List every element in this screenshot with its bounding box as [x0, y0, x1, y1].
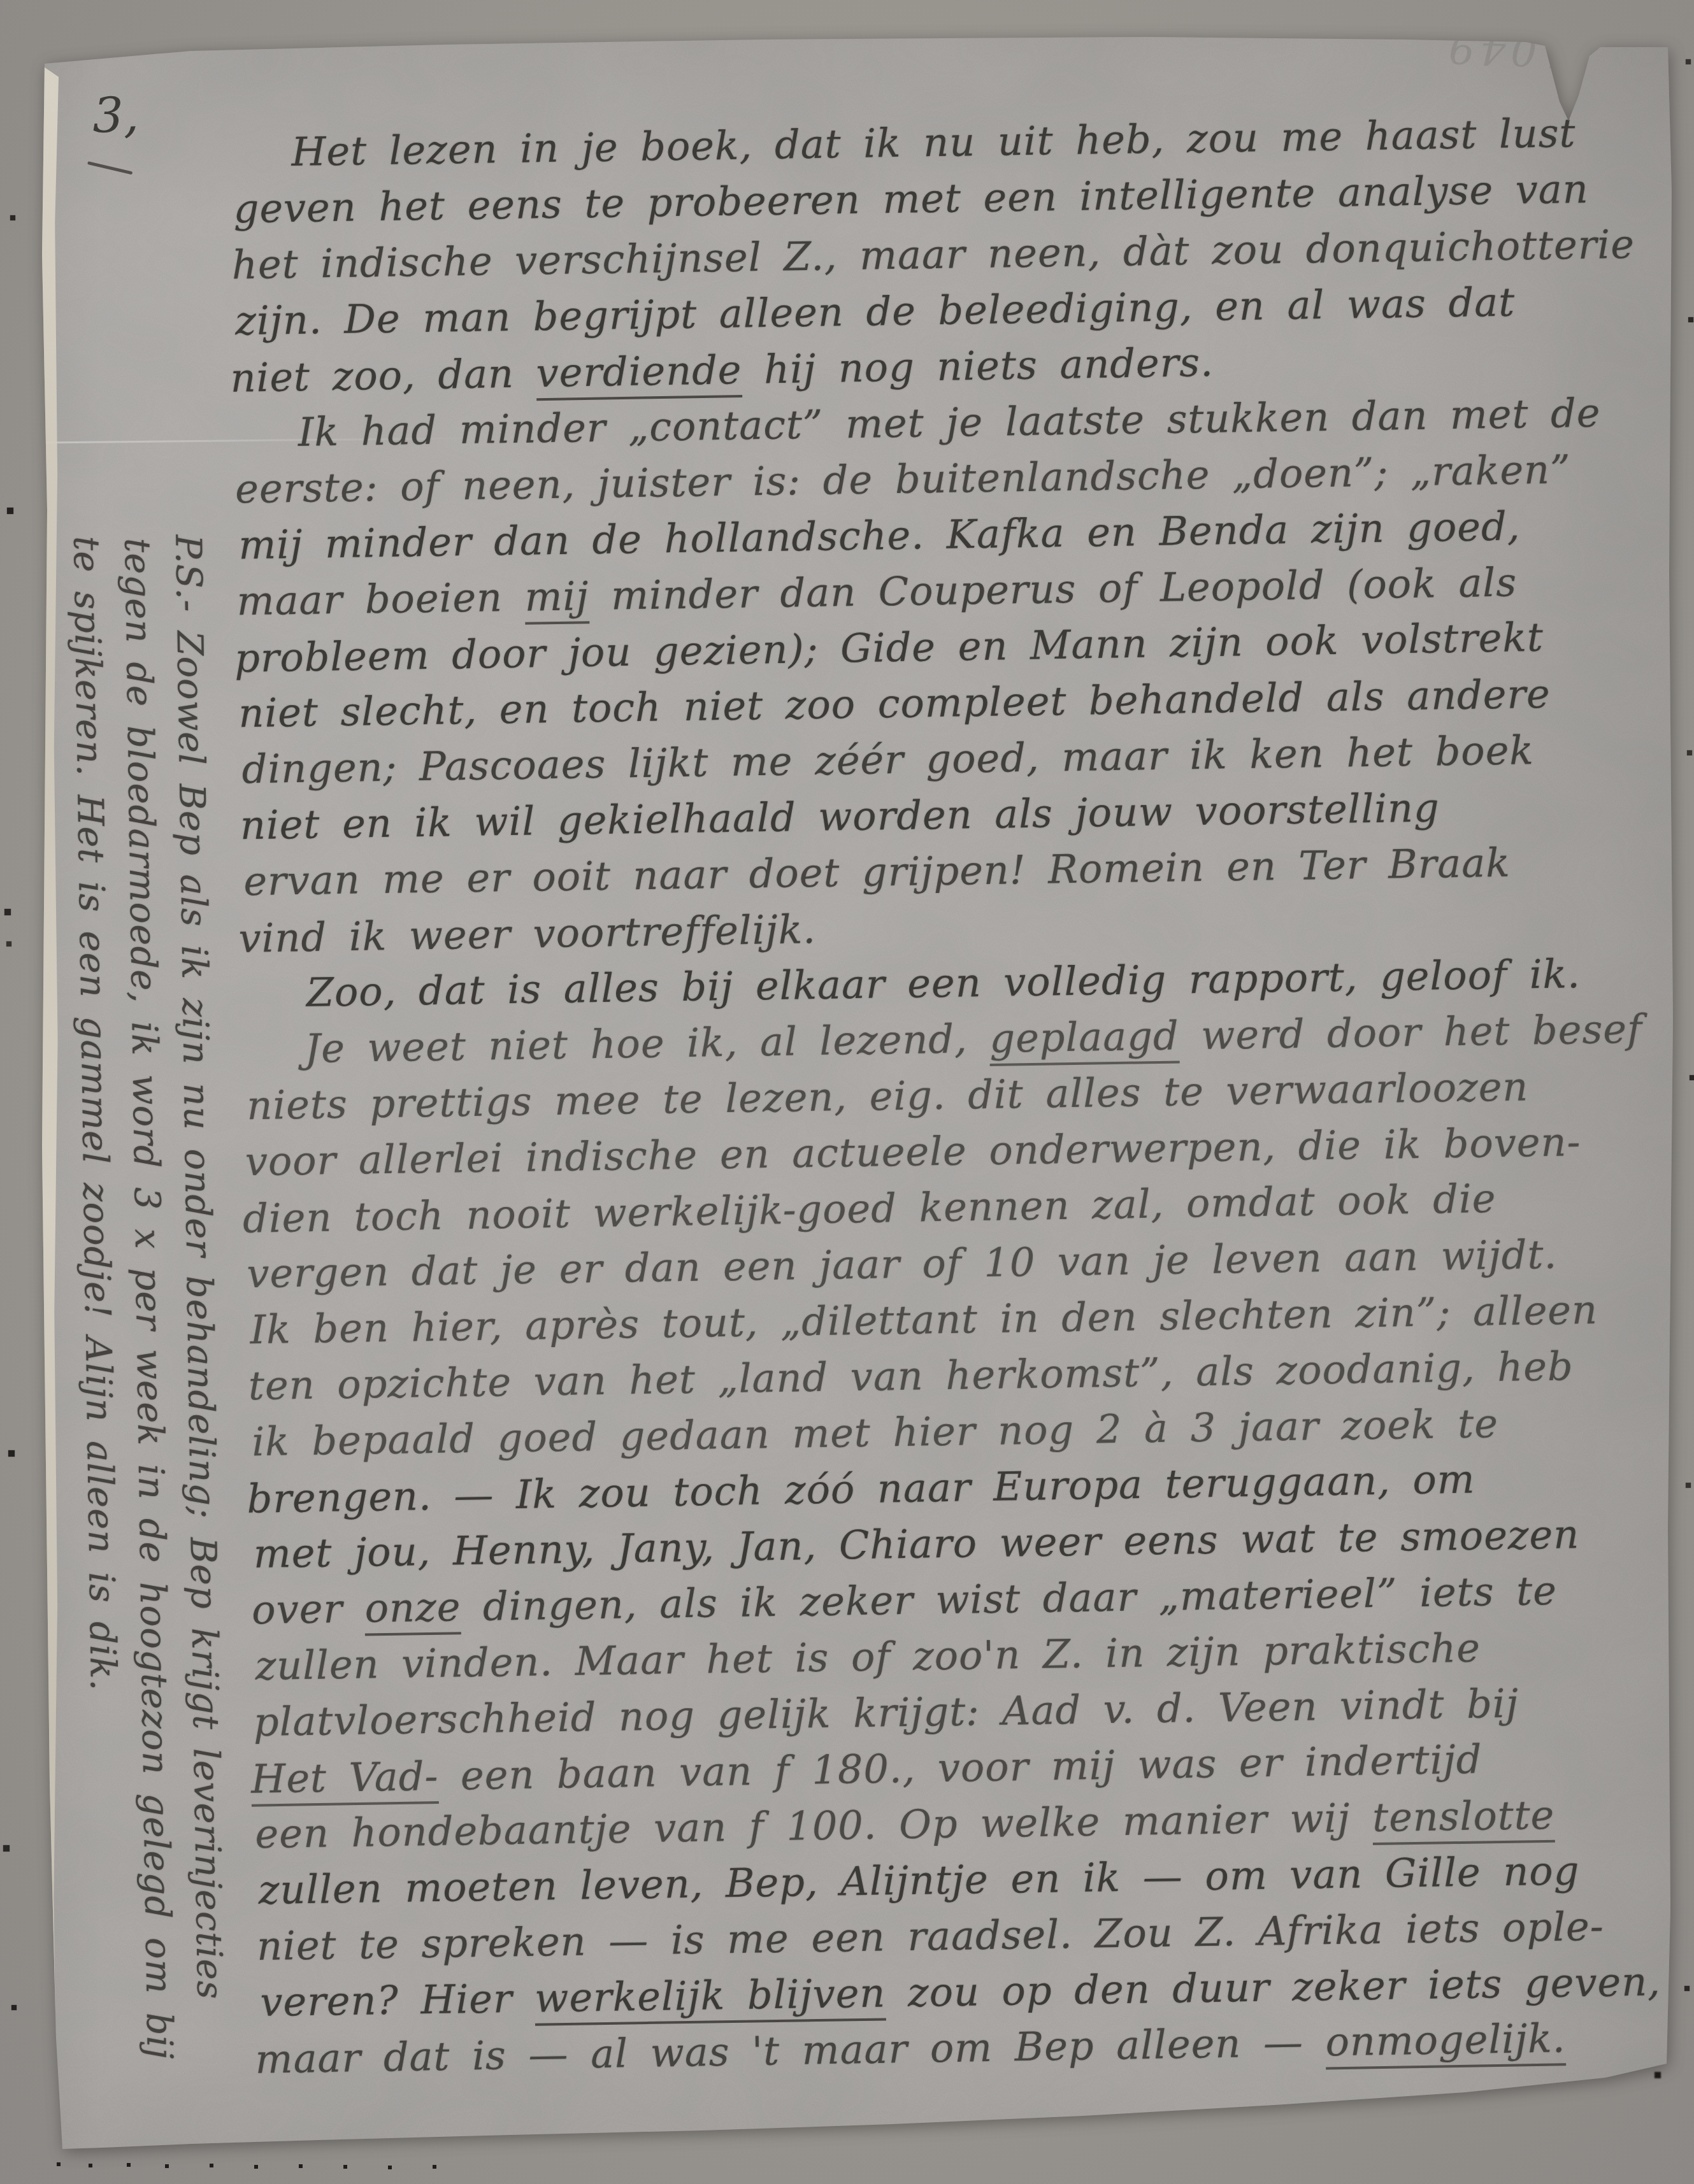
edge-specks — [0, 0, 3, 3]
underlined-word: Het Vad- — [251, 1753, 439, 1807]
text-segment: werd door het besef — [1179, 1006, 1642, 1059]
text-segment: minder dan Couperus of Leopold (ook als — [589, 559, 1518, 620]
page-number: 3, — [92, 91, 140, 140]
page-number-flourish — [87, 161, 133, 175]
letter-page: 3, 1049 Het lezen in je boek, dat ik nu … — [0, 0, 1694, 2184]
text-segment: veren? Hier — [260, 1975, 535, 2025]
postscript-margin: P.S.- Zoowel Bep als ik zijn nu onder be… — [60, 534, 235, 2039]
underlined-word: geplaagd — [989, 1012, 1179, 1066]
paper-sheet: 3, 1049 Het lezen in je boek, dat ik nu … — [0, 0, 1694, 2184]
underlined-word: mij — [524, 573, 589, 624]
underlined-word: verdiende — [536, 346, 742, 401]
faint-pencil-annotation: 1049 — [1443, 24, 1569, 75]
handwriting-layer: 3, 1049 Het lezen in je boek, dat ik nu … — [0, 0, 1694, 2184]
text-segment: zou op den duur zeker iets geven, — [886, 1958, 1662, 2016]
text-segment: hij nog niets anders. — [742, 339, 1214, 393]
underlined-word: onze — [364, 1583, 461, 1636]
letter-body: Het lezen in je boek, dat ik nu uit heb,… — [230, 104, 1662, 2087]
underlined-word: werkelijk blijven — [535, 1969, 886, 2025]
scan-background: 3, 1049 Het lezen in je boek, dat ik nu … — [0, 0, 1694, 2184]
text-segment: een baan van f 180., voor mij was er ind… — [438, 1736, 1482, 1799]
text-segment: vind ik weer voortreffelijk. — [238, 906, 816, 962]
text-segment: Je weet niet hoe ik, al lezend, — [305, 1015, 990, 1072]
text-segment: maar boeien — [236, 574, 525, 625]
text-segment: over — [252, 1585, 365, 1634]
underlined-word: tenslotte — [1372, 1792, 1555, 1845]
underlined-word: onmogelijk. — [1325, 2015, 1566, 2069]
text-segment: niet zoo, dan — [230, 350, 536, 401]
text-segment: dingen, als ik zeker wist daar „materiee… — [461, 1567, 1558, 1631]
text-segment: maar dat is — al was 't maar om Bep alle… — [255, 2018, 1326, 2082]
